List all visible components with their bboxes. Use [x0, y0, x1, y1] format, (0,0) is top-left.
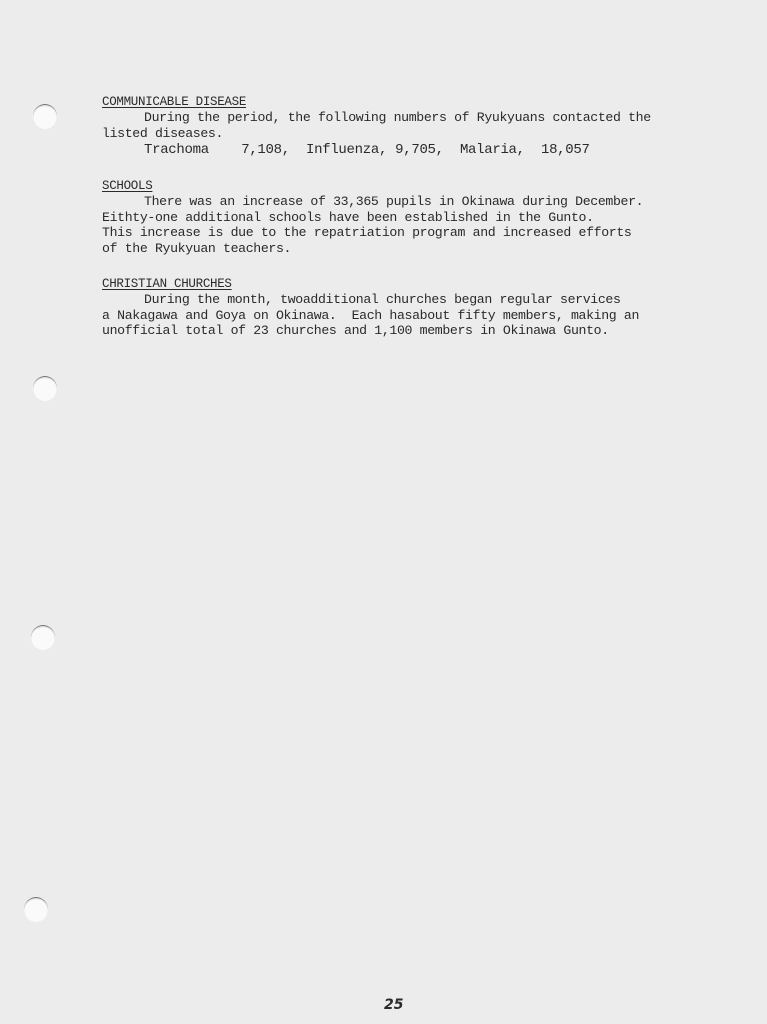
disease-stats: Trachoma 7,108, Influenza, 9,705, Malari…: [102, 141, 702, 159]
paragraph-line: listed diseases.: [102, 126, 702, 142]
section-schools: SCHOOLS There was an increase of 33,365 …: [102, 179, 702, 256]
paragraph-line: During the month, twoadditional churches…: [102, 292, 702, 308]
page-number: 25: [384, 997, 403, 1013]
binder-hole: [24, 897, 48, 922]
document-page: COMMUNICABLE DISEASE During the period, …: [0, 0, 767, 1024]
paragraph-line: During the period, the following numbers…: [102, 110, 702, 126]
paragraph-line: There was an increase of 33,365 pupils i…: [102, 194, 702, 210]
binder-hole: [33, 376, 57, 401]
paragraph-line: unofficial total of 23 churches and 1,10…: [102, 323, 702, 339]
paragraph-line: This increase is due to the repatriation…: [102, 225, 702, 241]
section-communicable-disease: COMMUNICABLE DISEASE During the period, …: [102, 95, 702, 159]
section-heading: CHRISTIAN CHURCHES: [102, 277, 702, 291]
binder-hole: [31, 625, 55, 650]
section-christian-churches: CHRISTIAN CHURCHES During the month, two…: [102, 277, 702, 339]
section-heading: COMMUNICABLE DISEASE: [102, 95, 702, 109]
section-heading: SCHOOLS: [102, 179, 702, 193]
paragraph-line: Eithty-one additional schools have been …: [102, 210, 702, 226]
paragraph-line: of the Ryukyuan teachers.: [102, 241, 702, 257]
binder-hole: [33, 104, 57, 129]
paragraph-line: a Nakagawa and Goya on Okinawa. Each has…: [102, 308, 702, 324]
